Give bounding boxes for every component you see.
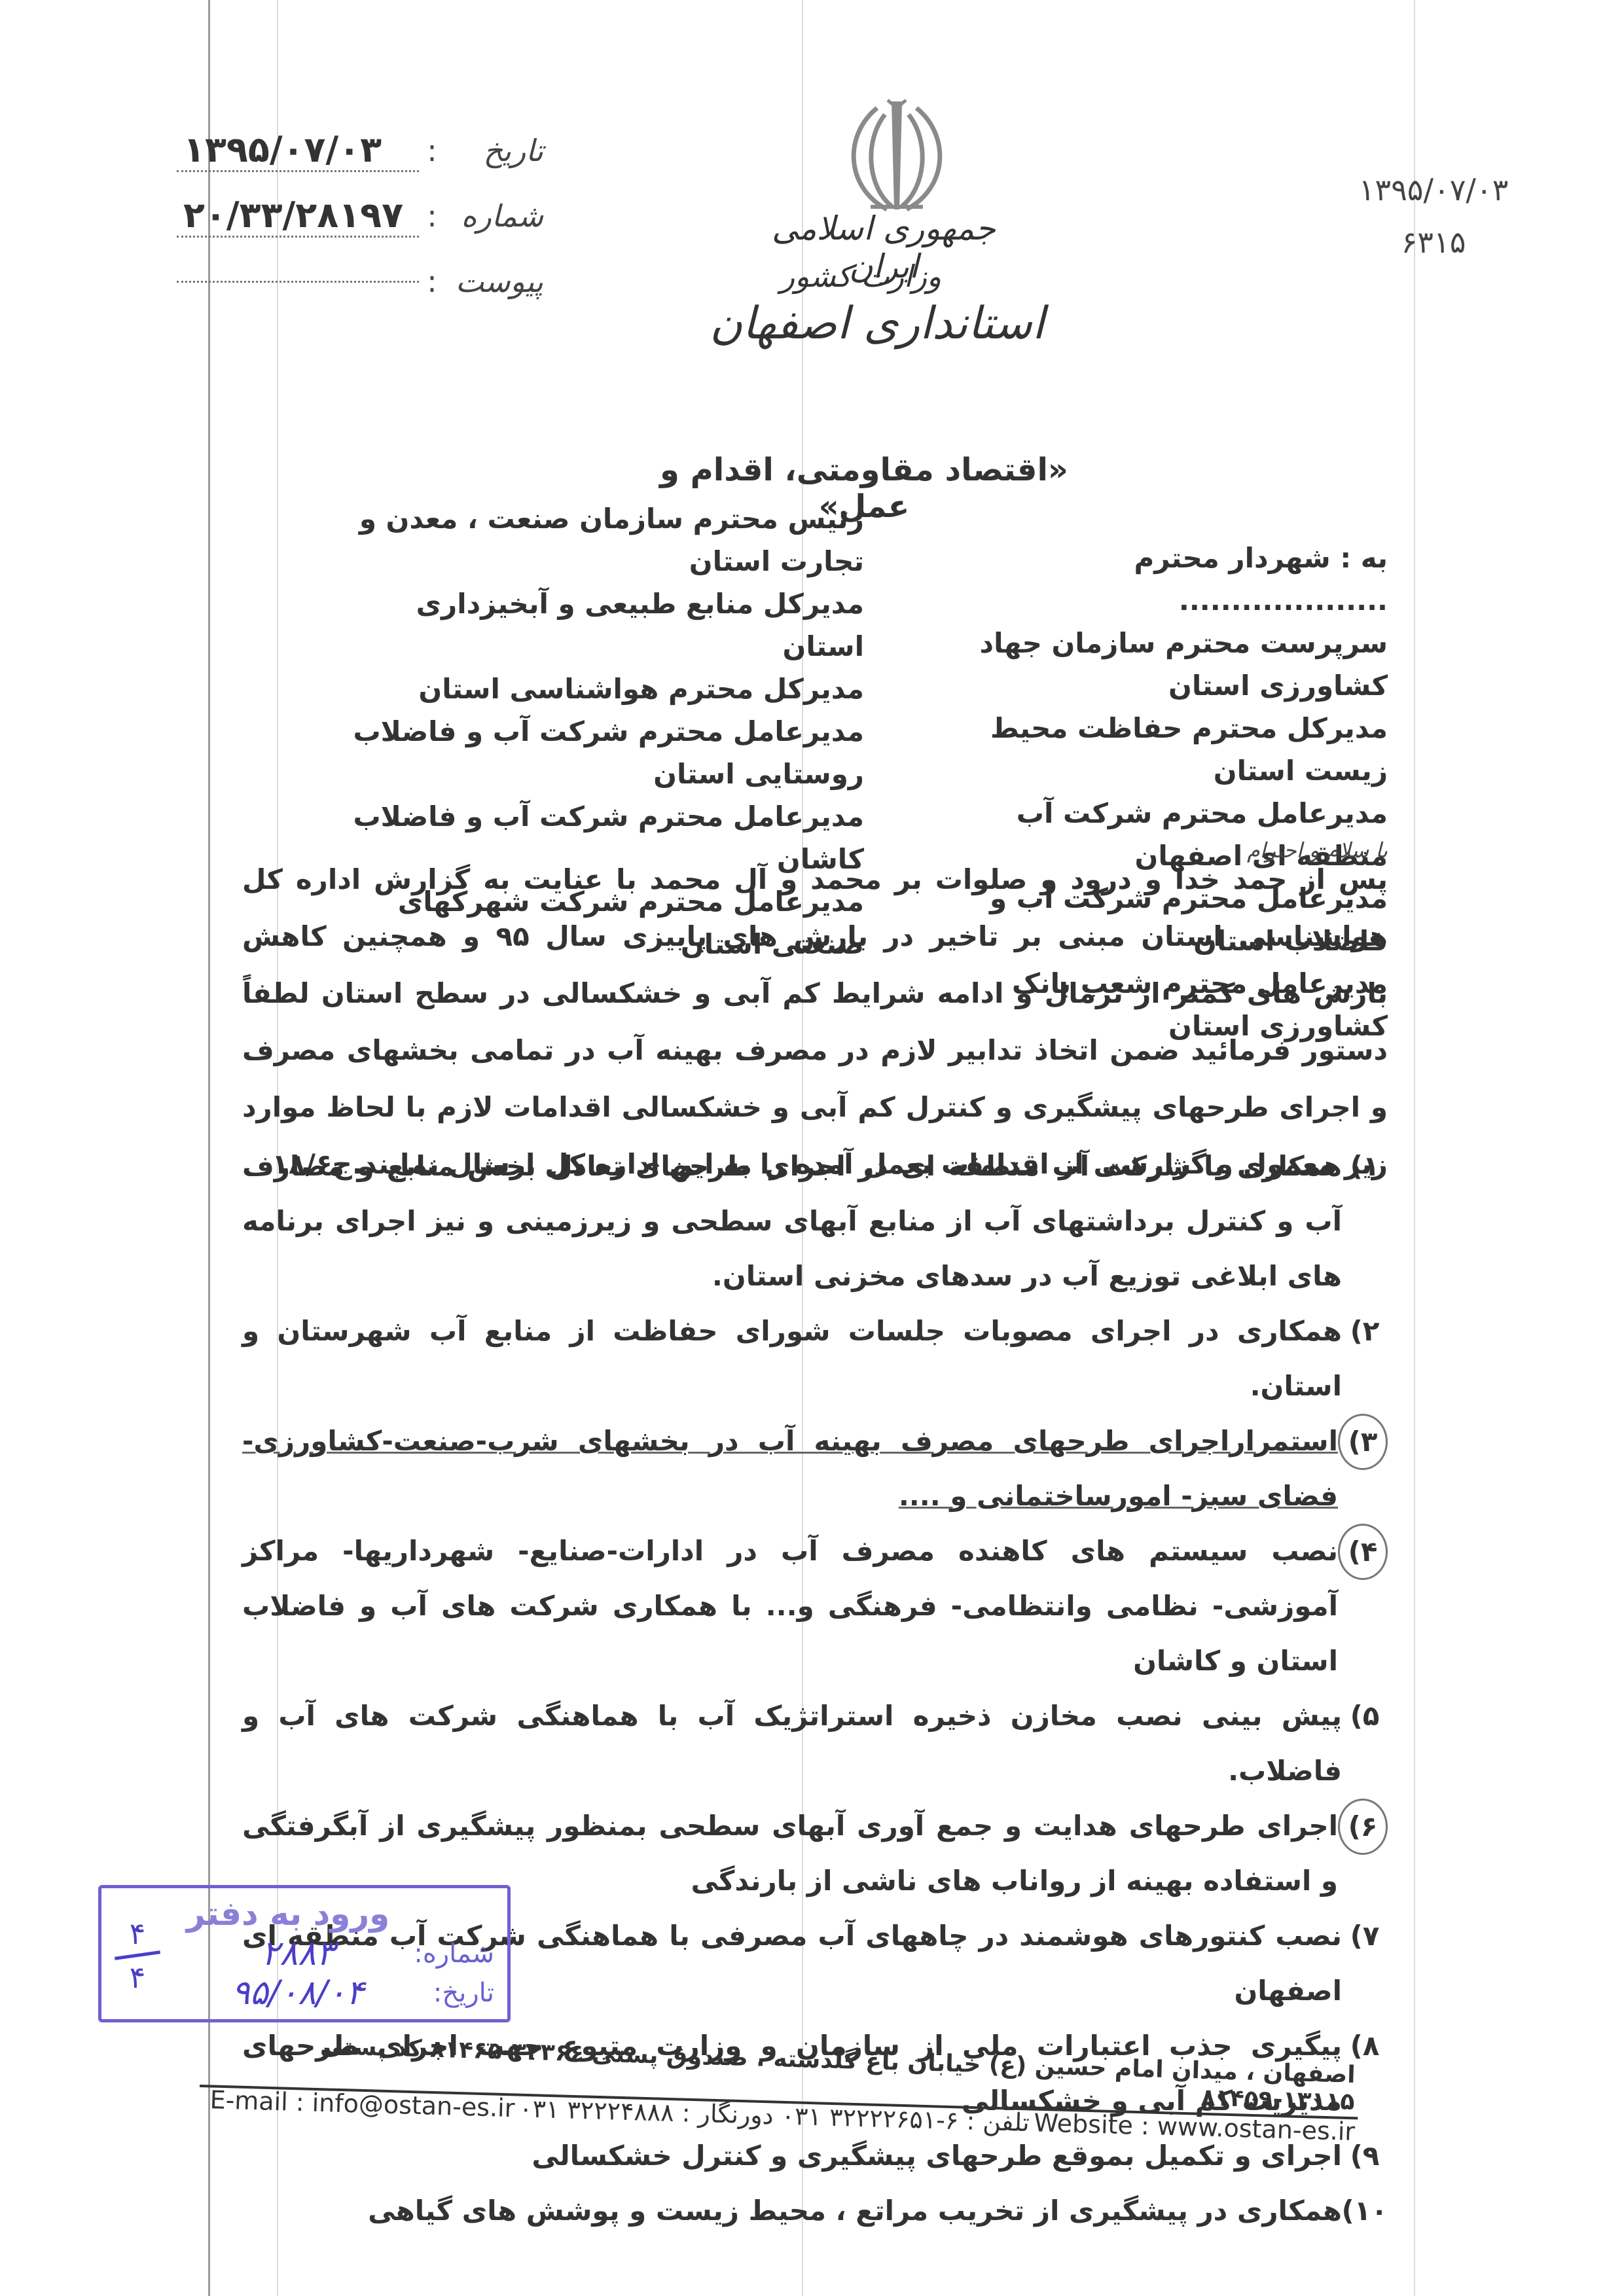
ministry-name: وزارت کشور [753,259,969,294]
item-number-circled: ۴) [1338,1524,1388,1580]
item-text: استمراراجرای طرحهای مصرف بهینه آب در بخش… [242,1414,1338,1524]
scan-fold-line [1414,0,1415,2296]
item-number: ۲) [1342,1304,1388,1414]
meta-date-label: تاریخ [445,133,543,168]
recipient-line: مدیرکل محترم حفاظت محیط زیست استان [943,707,1388,792]
letter-meta: تاریخ : ۱۳۹۵/۰۷/۰۳ شماره : ۲۰/۳۳/۲۸۱۹۷ پ… [177,118,543,314]
meta-attachment-value [177,281,419,283]
item-number-circled: ۳) [1338,1414,1388,1470]
stamp-handwritten-fraction: ۴ ۴ [115,1914,160,1996]
list-item: ۱۰) همکاری در پیشگیری از تخریب مراتع ، م… [242,2183,1388,2238]
recipient-line: مدیرکل منابع طبیعی و آبخیزداری استان [340,583,864,668]
letter-page: تاریخ : ۱۳۹۵/۰۷/۰۳ شماره : ۲۰/۳۳/۲۸۱۹۷ پ… [0,0,1624,2296]
stamp-number-value: ۲۸۸۳ [200,1934,396,1973]
list-item: ۴) نصب سیستم های کاهنده مصرف آب در ادارا… [242,1524,1388,1689]
list-item: ۱) همکاری با شرکت آب منطقه ای در اجرای ط… [242,1139,1388,1304]
item-number-circled: ۶) [1338,1799,1388,1855]
item-text: پیش بینی نصب مخازن ذخیره استراتژیک آب با… [242,1689,1342,1799]
recipient-line: مدیرکل محترم هواشناسی استان [340,668,864,710]
item-number: ۵) [1342,1689,1388,1799]
item-text: همکاری در پیشگیری از تخریب مراتع ، محیط … [242,2183,1342,2238]
list-item: ۵) پیش بینی نصب مخازن ذخیره استراتژیک آب… [242,1689,1388,1799]
meta-number-row: شماره : ۲۰/۳۳/۲۸۱۹۷ [177,183,543,249]
stamp-number-row: شماره: ۲۸۸۳ [200,1934,494,1973]
iran-emblem-icon [831,95,962,226]
meta-date-value: ۱۳۹۵/۰۷/۰۳ [177,129,419,172]
item-text: همکاری با شرکت آب منطقه ای در اجرای طرحه… [242,1139,1342,1304]
meta-attachment-row: پیوست : [177,249,543,314]
stamp-date-label: تاریخ: [396,1978,494,2008]
recipient-line: مدیرعامل محترم شرکت آب و فاضلاب روستایی … [340,710,864,795]
recipient-line: سرپرست محترم سازمان جهاد کشاورزی استان [943,622,1388,707]
stamp-date-value: ۹۵/۰۸/۰۴ [200,1973,396,2013]
meta-number-label: شماره [445,198,543,234]
handwritten-number: ۶۳۱۵ [1348,216,1519,268]
stamp-number-label: شماره: [396,1939,494,1969]
recipient-line: رئیس محترم سازمان صنعت ، معدن و تجارت اس… [340,497,864,583]
list-item: ۲) همکاری در اجرای مصوبات جلسات شورای حف… [242,1304,1388,1414]
item-number: ۱) [1342,1139,1388,1304]
handwritten-reference: ۱۳۹۵/۰۷/۰۳ ۶۳۱۵ [1348,164,1519,268]
stamp-date-row: تاریخ: ۹۵/۰۸/۰۴ [200,1973,494,2013]
stamp-title: ورود به دفتر [141,1895,435,1933]
recipient-line: به : شهردار محترم .................... [943,537,1388,622]
item-number: ۷) [1342,1909,1388,2018]
office-entry-stamp: ورود به دفتر شماره: ۲۸۸۳ تاریخ: ۹۵/۰۸/۰۴… [98,1885,511,2022]
item-number: ۱۰) [1342,2183,1388,2238]
item-text: نصب سیستم های کاهنده مصرف آب در ادارات-ص… [242,1524,1338,1689]
handwritten-date: ۱۳۹۵/۰۷/۰۳ [1348,164,1519,216]
list-item: ۳) استمراراجرای طرحهای مصرف بهینه آب در … [242,1414,1388,1524]
meta-attachment-label: پیوست [445,264,543,299]
meta-date-row: تاریخ : ۱۳۹۵/۰۷/۰۳ [177,118,543,183]
office-name: استانداری اصفهان [694,298,1060,350]
item-text: همکاری در اجرای مصوبات جلسات شورای حفاظت… [242,1304,1342,1414]
meta-number-value: ۲۰/۳۳/۲۸۱۹۷ [177,194,419,238]
